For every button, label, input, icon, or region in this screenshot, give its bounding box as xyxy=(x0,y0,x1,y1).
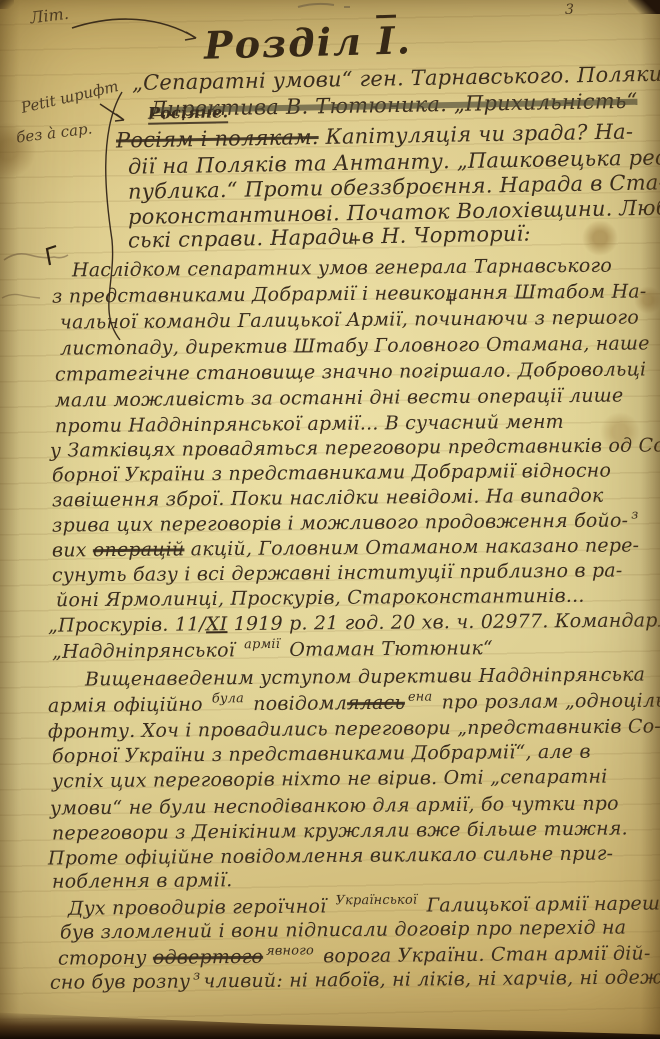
manuscript-text-segment: борної України з представниками Добрармі… xyxy=(52,741,591,768)
manuscript-line: Проте офіційне повідомлення викликало си… xyxy=(48,844,613,871)
manuscript-line: мали можливість за останні дні вести опе… xyxy=(55,386,624,413)
manuscript-text-segment: акцій, Головним Отаманом наказано пере- xyxy=(184,534,639,560)
manuscript-text-segment: мали можливість за останні дні вести опе… xyxy=(55,385,624,412)
manuscript-text-segment: ХІ xyxy=(206,613,228,635)
manuscript-text-segment: вих xyxy=(52,539,93,561)
manuscript-text-segment: завішення зброї. Поки наслідки невідомі.… xyxy=(52,485,604,512)
manuscript-line: „Проскурів. 11/ХІ 1919 р. 21 год. 20 хв.… xyxy=(48,610,660,637)
smudge-mark xyxy=(298,4,350,7)
manuscript-line: фронту. Хоч і провадились переговори „пр… xyxy=(48,716,660,743)
pencil-note-illegible xyxy=(2,294,40,298)
manuscript-text-segment: переговори з Денікіним кружляли вже біль… xyxy=(52,817,628,844)
manuscript-text-segment: „Проскурів. 11/ xyxy=(48,613,206,636)
manuscript-page: Літ. Petit шрифт без à cap. 3 РозділІ. „… xyxy=(0,0,660,1039)
arrow-to-heading-head-icon xyxy=(185,32,196,40)
manuscript-text-segment: умови“ не були несподіванкою для армії, … xyxy=(50,793,619,820)
chapter-heading: РозділІ. xyxy=(203,17,412,67)
manuscript-line: сунуть базу і всі державні інституції пр… xyxy=(52,561,623,588)
manuscript-line: стратегічне становище значно погіршало. … xyxy=(55,359,646,386)
manuscript-line: армія офіційно була повідомляласьена про… xyxy=(48,690,660,718)
manuscript-text-segment: ялась xyxy=(347,692,405,715)
manuscript-line: проти Наддніпрянської армії... В сучасни… xyxy=(55,412,564,438)
chapter-heading-word: Розділ xyxy=(203,19,363,68)
manuscript-text-segment: Дух проводирів героїчної xyxy=(68,895,333,919)
manuscript-text-segment: з представниками Добрармії і невиконання… xyxy=(52,280,647,307)
manuscript-text-segment: армія офіційно xyxy=(48,693,209,716)
manuscript-line: переговори з Денікіним кружляли вже біль… xyxy=(52,818,628,845)
manuscript-text-segment: армії xyxy=(244,637,280,652)
chapter-heading-numeral: І xyxy=(376,18,397,64)
manuscript-text-segment: ворога України. Стан армії дій- xyxy=(317,942,651,967)
paper-corner-shadow xyxy=(0,0,14,9)
manuscript-text-segment: чальної команди Галицької Армії, починаю… xyxy=(60,306,639,333)
manuscript-text-segment: у Затківцях провадяться переговори предс… xyxy=(50,434,660,461)
insert-mark-icon xyxy=(47,246,56,265)
manuscript-text-segment: сторону xyxy=(58,947,153,970)
manuscript-text-segment: сунуть базу і всі державні інституції пр… xyxy=(52,560,623,587)
manuscript-text-segment: успіх цих переговорів ніхто не вірив. От… xyxy=(52,766,608,793)
chapter-heading-period: . xyxy=(396,17,412,62)
manuscript-text-segment: Росіяне. xyxy=(148,102,229,122)
arrow-to-heading-icon xyxy=(72,19,196,38)
manuscript-text-segment: листопаду, директив Штабу Головного Отам… xyxy=(60,332,650,359)
manuscript-line: борної України з представниками Добрармі… xyxy=(52,742,591,769)
petit-note-arrow-icon xyxy=(100,104,124,121)
manuscript-text-segment: „Наддніпрянської xyxy=(52,639,241,663)
pencil-note-illegible xyxy=(4,254,68,260)
manuscript-line: чальної команди Галицької Армії, починаю… xyxy=(60,307,639,334)
manuscript-text-segment: 1919 р. 21 год. 20 хв. ч. 02977. Команда… xyxy=(227,609,660,635)
manuscript-text-segment: Вищенаведеним уступом директиви Наддніпр… xyxy=(85,664,645,691)
manuscript-line: вих операцій акцій, Головним Отаманом на… xyxy=(52,535,639,562)
manuscript-line: Наслідком сепаратних умов генерала Тарна… xyxy=(72,256,612,283)
manuscript-text-segment: борної України з представниками Добрармі… xyxy=(52,460,611,487)
manuscript-text-segment: сно був розпу xyxy=(50,971,190,994)
manuscript-line: листопаду, директив Штабу Головного Отам… xyxy=(60,333,650,360)
manuscript-line: Вищенаведеним уступом директиви Наддніпр… xyxy=(85,665,645,692)
manuscript-text-segment: була xyxy=(212,691,244,706)
manuscript-line: йоні Ярмолинці, Проскурів, Староконстант… xyxy=(56,586,585,612)
manuscript-text-segment: з xyxy=(631,508,638,523)
manuscript-text-segment: одвертого xyxy=(153,946,263,969)
manuscript-line: сно був розпузчливий: ні набоїв, ні лікі… xyxy=(50,967,660,994)
manuscript-text-segment: йоні Ярмолинці, Проскурів, Староконстант… xyxy=(56,585,585,612)
manuscript-line: завішення зброї. Поки наслідки невідомі.… xyxy=(52,486,604,513)
margin-note-lit: Літ. xyxy=(29,4,70,28)
manuscript-text-segment: Галицької армії нарешті xyxy=(420,892,660,916)
manuscript-text-segment: з xyxy=(193,969,200,984)
manuscript-text-segment: фронту. Хоч і провадились переговори „пр… xyxy=(48,715,660,742)
manuscript-text-segment: зрива цих переговорів і можливого продов… xyxy=(52,510,628,537)
manuscript-text-segment: Проте офіційне повідомлення викликало си… xyxy=(48,843,613,870)
manuscript-text-segment: ноблення в армії. xyxy=(52,869,233,893)
manuscript-line: зрива цих переговорів і можливого продов… xyxy=(52,510,642,537)
manuscript-line: „Наддніпрянської армії Отаман Тютюник“ xyxy=(52,638,493,664)
margin-note-petit-font: Petit шрифт xyxy=(19,77,120,117)
manuscript-line: у Затківцях провадяться переговори предс… xyxy=(50,435,660,462)
manuscript-text-segment: про розлам „одноціль- xyxy=(435,689,660,713)
manuscript-line: успіх цих переговорів ніхто не вірив. От… xyxy=(52,767,608,794)
manuscript-line: Росіяне. xyxy=(148,103,229,125)
margin-note-no-cap: без à cap. xyxy=(15,119,93,146)
manuscript-text-segment: Капітуляція чи зрада? На- xyxy=(318,119,633,148)
manuscript-text-segment: повідомл xyxy=(247,692,347,715)
manuscript-text-segment: явного xyxy=(266,944,314,959)
page-number: 3 xyxy=(565,2,574,18)
manuscript-text-segment: був зломлений і вони підписали договір п… xyxy=(60,917,626,944)
manuscript-line: борної України з представниками Добрармі… xyxy=(52,461,611,488)
manuscript-text-segment: Наслідком сепаратних умов генерала Тарна… xyxy=(72,255,612,282)
table-edge-shadow xyxy=(0,1011,660,1039)
manuscript-text-segment: чливий: ні набоїв, ні ліків, ні харчів, … xyxy=(203,966,660,992)
manuscript-line: був зломлений і вони підписали договір п… xyxy=(60,918,626,945)
manuscript-text-segment: ена xyxy=(408,690,433,705)
manuscript-text-segment: Отаман Тютюник“ xyxy=(283,637,493,661)
manuscript-line: умови“ не були несподіванкою для армії, … xyxy=(50,794,619,821)
manuscript-line: з представниками Добрармії і невиконання… xyxy=(52,281,647,308)
paper-corner-shadow xyxy=(628,0,660,14)
manuscript-text-segment: Української xyxy=(335,893,417,909)
manuscript-text-segment: стратегічне становище значно погіршало. … xyxy=(55,358,646,385)
manuscript-line: ноблення в армії. xyxy=(52,870,233,893)
manuscript-text-segment: Росіям і полякам. xyxy=(116,125,319,153)
manuscript-text-segment: операцій xyxy=(93,538,185,561)
manuscript-text-segment: проти Наддніпрянської армії... В сучасни… xyxy=(55,411,564,437)
